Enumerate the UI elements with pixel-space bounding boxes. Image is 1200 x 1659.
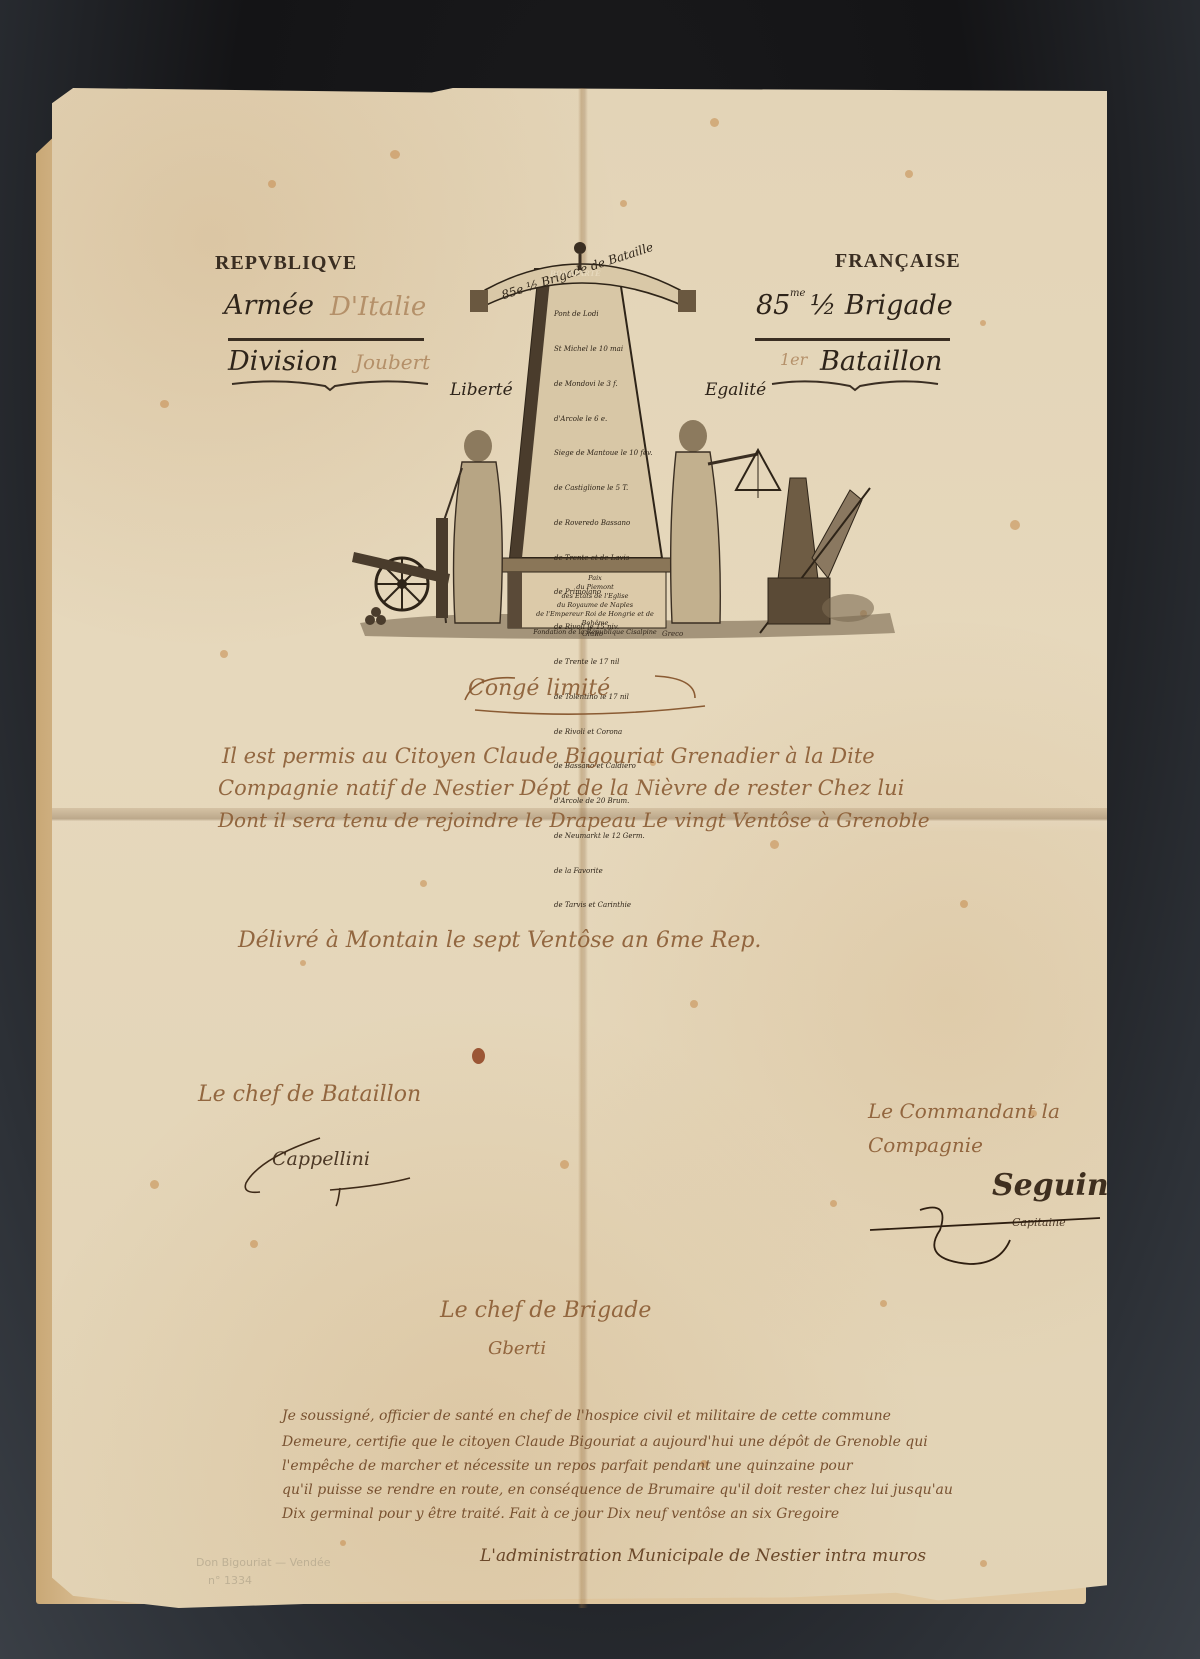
left-signature-flourish [220, 1128, 420, 1208]
division-label: Division [228, 346, 338, 377]
engraved-vignette: 85e ½ Brigade de Bataille BONAPARTE Pont… [350, 228, 910, 648]
chef-brigade-signature: Gberti [488, 1338, 546, 1359]
certificate-line-5: Dix germinal pour y être traité. Fait à … [282, 1506, 839, 1522]
certificate-line-2: Demeure, certifie que le citoyen Claude … [282, 1434, 928, 1450]
commandant-title: Le Commandant la Compagnie [868, 1094, 1088, 1162]
certificate-line-1: Je soussigné, officier de santé en chef … [282, 1408, 891, 1424]
obelisk-heading: BONAPARTE [550, 268, 600, 280]
body-line-2: Compagnie natif de Nestier Dépt de la Ni… [218, 776, 904, 800]
certificate-line-3: l'empêche de marcher et nécessite un rep… [282, 1458, 853, 1474]
body-line-1: Il est permis au Citoyen Claude Bigouria… [222, 744, 875, 768]
right-signature-flourish [860, 1180, 1110, 1270]
administration-line: L'administration Municipale de Nestier i… [480, 1546, 926, 1566]
body-line-3: Dont il sera tenu de rejoindre le Drapea… [218, 808, 930, 832]
engraver-signature-right: Greco [662, 630, 683, 638]
republique-heading: REPVBLIQVE [215, 252, 357, 275]
archive-note-line-2: n° 1334 [208, 1574, 252, 1587]
chef-brigade-title: Le chef de Brigade [440, 1298, 651, 1323]
title-flourish [455, 670, 715, 720]
pedestal-inscription: Paix du Piemont des Etats de l'Eglise du… [522, 574, 668, 637]
delivered-line: Délivré à Montain le sept Ventôse an 6me… [238, 928, 761, 953]
certificate-line-4: qu'il puisse se rendre en route, en cons… [282, 1482, 953, 1498]
engraver-signature-left: Giulio [582, 630, 603, 638]
army-label: Armée [224, 290, 314, 321]
archive-note-line-1: Don Bigouriat — Vendée [196, 1556, 331, 1569]
chef-bataillon-title: Le chef de Bataillon [198, 1082, 421, 1107]
